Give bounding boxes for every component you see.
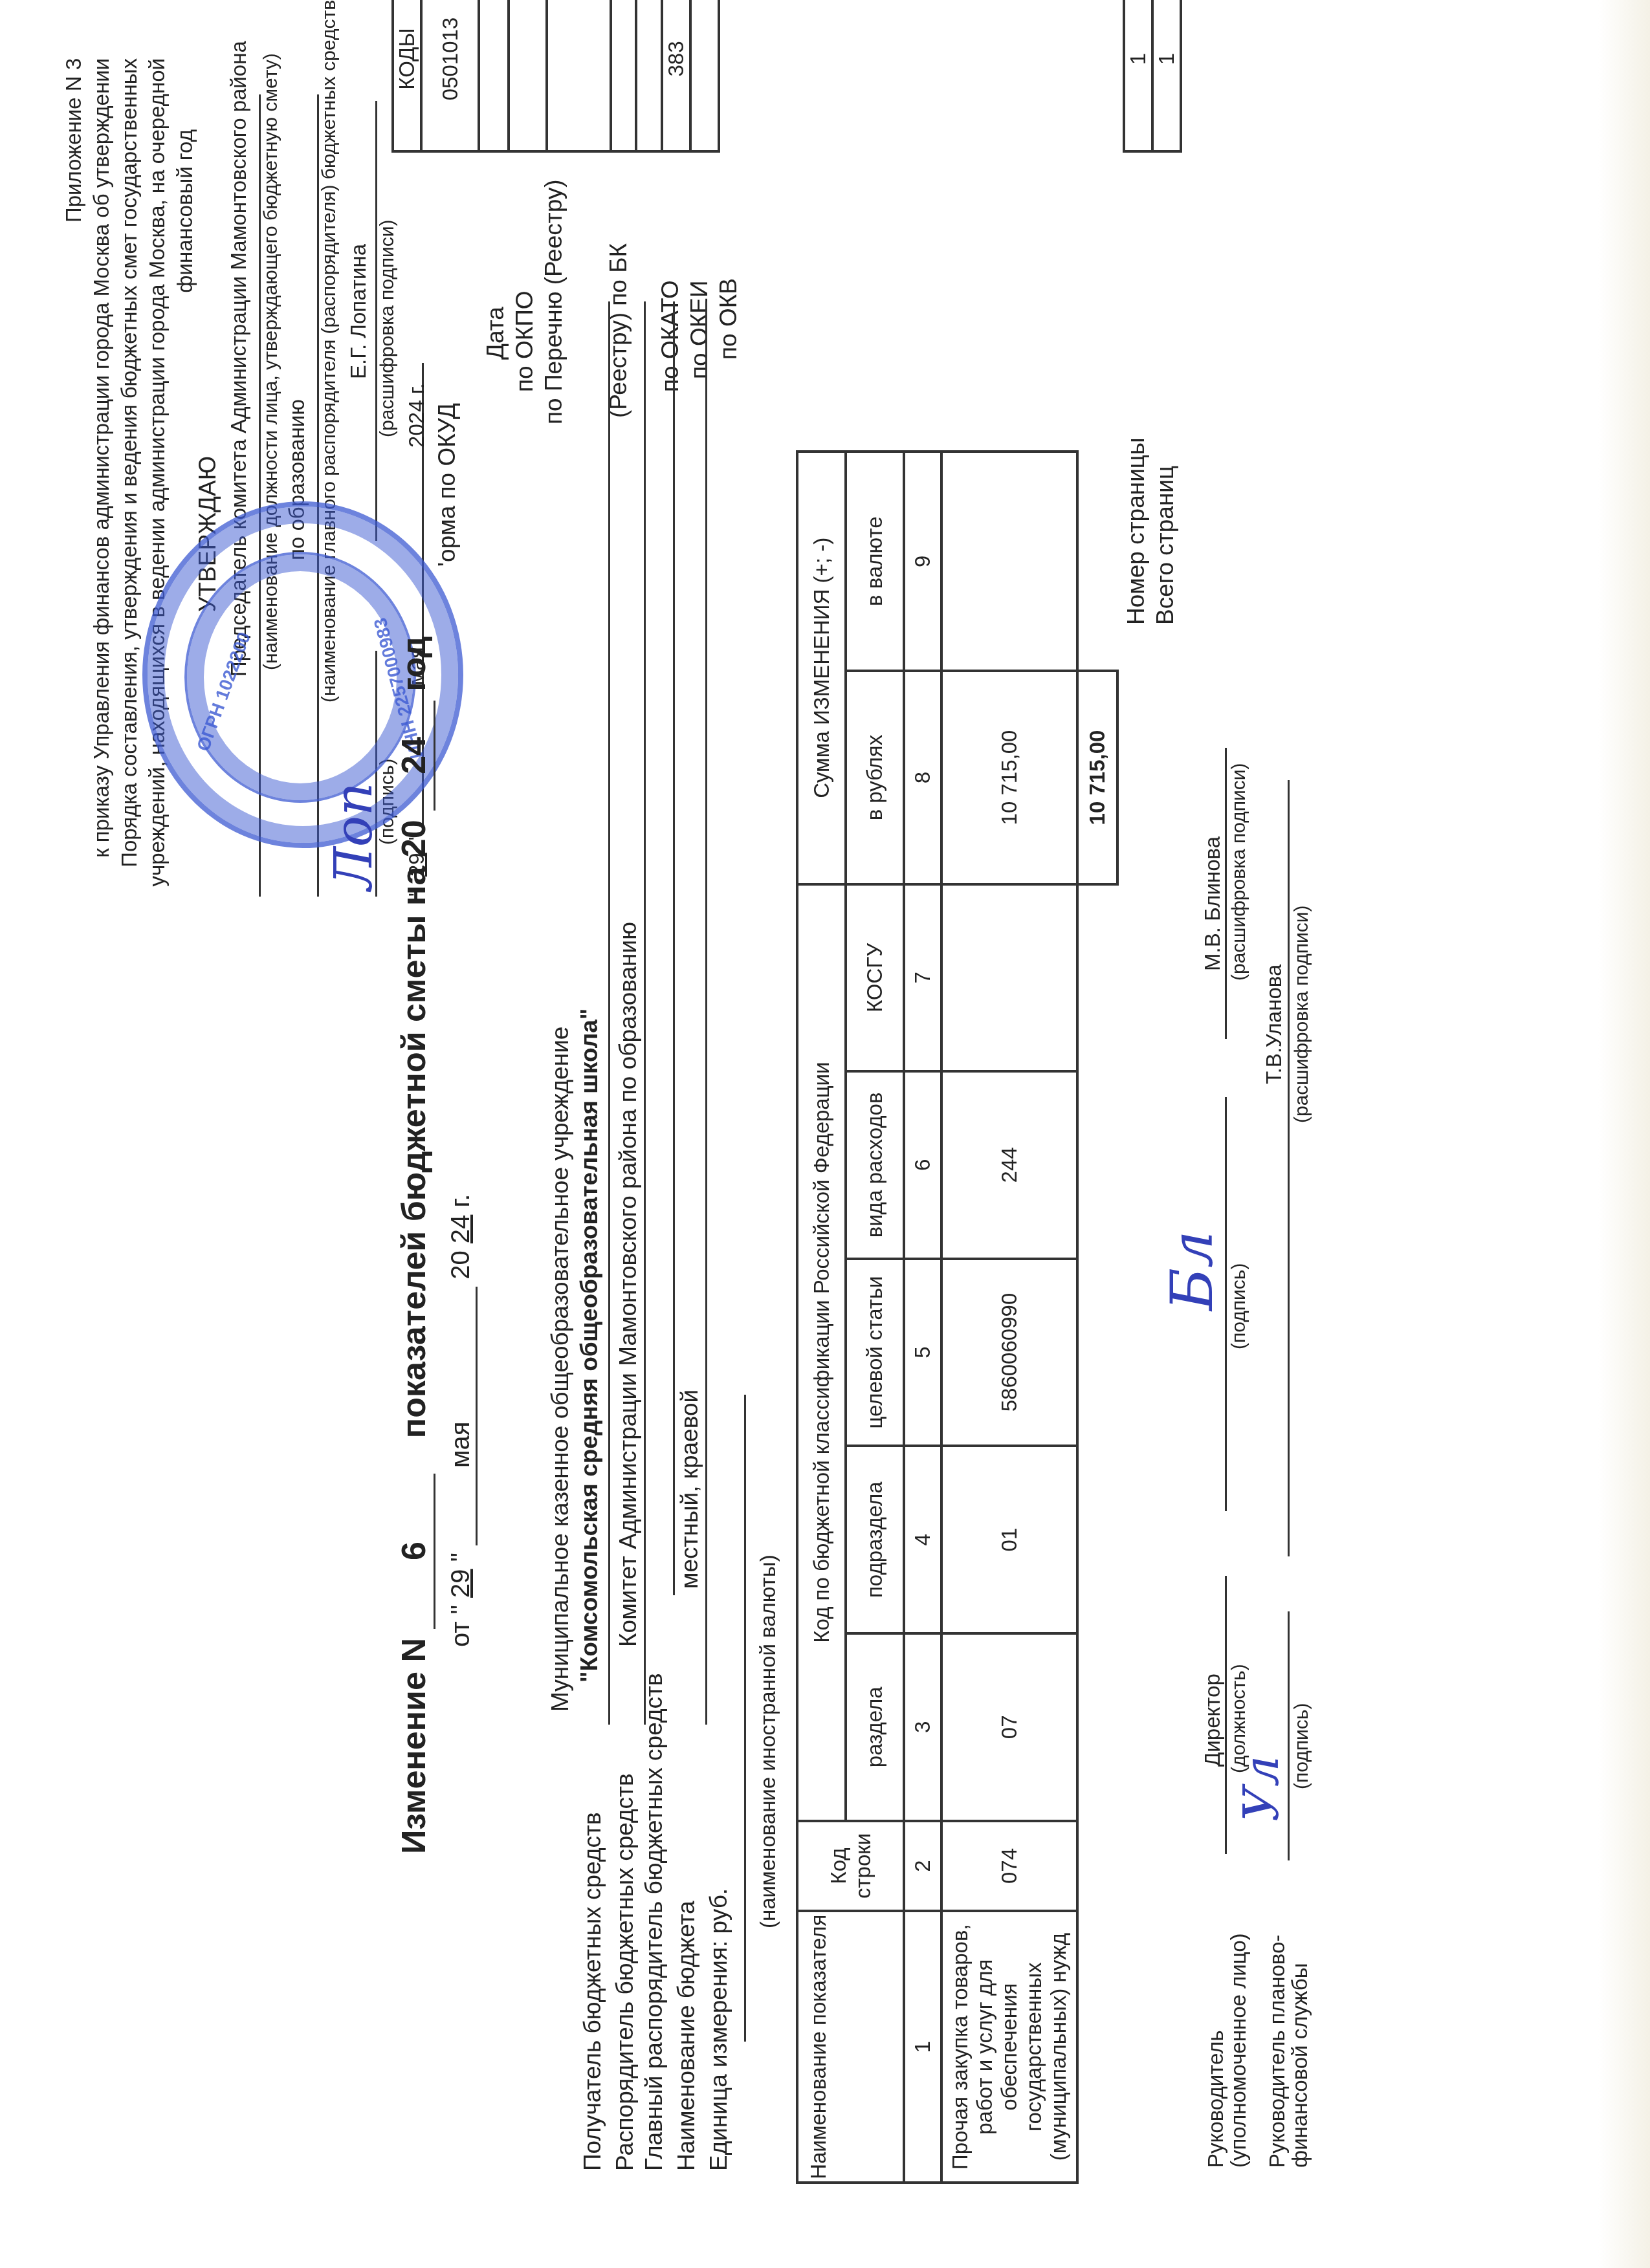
fin-signature-scribble: Ул <box>1233 1756 1290 1822</box>
scan-edge <box>1598 0 1650 2268</box>
page-number-value: 1 <box>1124 0 1152 151</box>
table-row: Прочая закупка товаров, работ и услуг дл… <box>941 452 1077 2183</box>
total-row: 10 715,00 <box>1077 452 1117 2183</box>
codes-value-okv <box>690 0 719 151</box>
budget-change-table: Наименование показателя Код строки Код п… <box>796 450 1119 2184</box>
total-pages-label: Всего страниц <box>1152 466 1179 625</box>
codes-table: КОДЫ 0501013 383 <box>391 0 720 153</box>
appendix-line-1: Приложение N 3 <box>61 58 86 223</box>
row-rub: 10 715,00 <box>941 671 1077 884</box>
col-group-kbk: Код по бюджетной классификации Российско… <box>797 884 846 1821</box>
distributor-label: Распорядитель бюджетных средств <box>611 1773 639 2171</box>
codes-label-date: Дата <box>482 307 509 360</box>
col-header-expense-type: вида расходов <box>846 1071 904 1259</box>
column-number-row: 1 2 3 4 5 6 7 8 9 <box>904 452 941 2183</box>
currency-caption: (наименование иностранной валюты) <box>756 1554 780 1928</box>
unit-label: Единица измерения: руб. <box>705 1888 732 2171</box>
col-header-rub: в рублях <box>846 671 904 884</box>
recipient-value-1: Муниципальное казенное общеобразовательн… <box>547 1027 574 1712</box>
document-date-year: 24 <box>446 1215 475 1244</box>
codes-label-okud: 'орма по ОКУД <box>434 403 461 567</box>
row-target: 5860060990 <box>941 1259 1077 1446</box>
head-label-2: (уполномоченное лицо) <box>1226 1933 1251 2168</box>
budget-change-document: Приложение N 3 к приказу Управления фина… <box>0 0 1650 2268</box>
recipient-label: Получатель бюджетных средств <box>579 1812 606 2171</box>
title-middle: показателей бюджетной сметы на 20 <box>395 820 433 1438</box>
codes-label-perechen: по Перечню (Реестру) <box>540 179 567 424</box>
head-signature-scribble: Бл <box>1158 1231 1226 1311</box>
appendix-line-5: финансовый год <box>173 129 197 293</box>
page-number-label: Номер страницы <box>1123 437 1150 625</box>
document-date-day: 29 <box>446 1569 475 1598</box>
row-kosgu <box>941 884 1077 1071</box>
appendix-line-2: к приказу Управления финансов администра… <box>89 58 114 858</box>
approval-date-year: 2024 г. <box>404 383 428 448</box>
codes-header: КОДЫ <box>393 0 421 151</box>
head-name: М.В. Блинова <box>1200 836 1225 971</box>
row-subsection: 01 <box>941 1446 1077 1633</box>
col-header-subsection: подраздела <box>846 1446 904 1633</box>
head-position: Директор <box>1200 1674 1225 1767</box>
main-distributor-label: Главный распорядитель бюджетных средств <box>641 1673 668 2171</box>
codes-label-okpo: по ОКПО <box>511 290 538 392</box>
head-signature-caption: (подпись) <box>1228 1263 1250 1349</box>
codes-value-bk <box>611 0 636 151</box>
col-header-kosgu: КОСГУ <box>846 884 904 1071</box>
budget-label: Наименование бюджета <box>673 1901 700 2171</box>
codes-label-okei: по ОКЕИ <box>686 281 713 380</box>
head-name-caption: (расшифровка подписи) <box>1228 763 1250 981</box>
codes-value-okato <box>636 0 662 151</box>
document-title: Изменение N 6 показателей бюджетной смет… <box>395 636 435 1854</box>
codes-value-perechen <box>547 0 611 151</box>
approval-signer-name: Е.Г. Лопатина <box>346 244 371 379</box>
document-date: от " 29 " мая 20 24 г. <box>446 1194 478 1647</box>
row-currency <box>941 452 1077 671</box>
fin-name: Т.В.Уланова <box>1262 965 1286 1084</box>
title-year: 24 <box>395 701 435 811</box>
total-rub: 10 715,00 <box>1077 671 1117 884</box>
title-prefix: Изменение N <box>395 1638 433 1854</box>
row-name: Прочая закупка товаров, работ и услуг дл… <box>941 1911 1077 2183</box>
row-section: 07 <box>941 1633 1077 1821</box>
codes-label-okato: по ОКАТО <box>657 280 684 392</box>
codes-value-date <box>479 0 509 151</box>
budget-value: местный, краевой <box>676 1390 703 1589</box>
codes-value-okpo <box>509 0 547 151</box>
row-code: 074 <box>941 1821 1077 1912</box>
fin-name-caption: (расшифровка подписи) <box>1291 905 1313 1123</box>
recipient-value-2: "Комсомольская средняя общеобразовательн… <box>576 1009 603 1683</box>
fin-label-2: финансовой службы <box>1288 1963 1312 2168</box>
row-expense-type: 244 <box>941 1071 1077 1259</box>
col-group-sum: Сумма ИЗМЕНЕНИЯ (+; -) <box>797 452 846 884</box>
title-suffix: год <box>395 636 433 691</box>
codes-value-okud: 0501013 <box>421 0 479 151</box>
pages-table: 1 1 <box>1123 0 1182 153</box>
approval-signature-scribble: Лоп <box>324 783 384 890</box>
col-header-currency: в валюте <box>846 452 904 671</box>
codes-label-okv: по ОКВ <box>715 278 742 360</box>
total-pages-value: 1 <box>1152 0 1181 151</box>
fin-signature-caption: (подпись) <box>1291 1703 1313 1789</box>
distributor-value: Комитет Администрации Мамонтовского райо… <box>615 922 642 1647</box>
codes-value-okei: 383 <box>662 0 690 151</box>
col-header-section: раздела <box>846 1633 904 1821</box>
appendix-line-3: Порядка составления, утверждения и веден… <box>117 58 142 867</box>
col-header-code: Код строки <box>797 1821 904 1912</box>
title-number: 6 <box>395 1474 435 1629</box>
col-header-name: Наименование показателя <box>797 1911 904 2183</box>
document-date-month: мая <box>446 1422 476 1468</box>
col-header-target: целевой статьи <box>846 1259 904 1446</box>
fin-label-1: Руководитель планово- <box>1265 1935 1290 2168</box>
head-label-1: Руководитель <box>1204 2030 1228 2168</box>
approval-name-caption: (расшифровка подписи) <box>377 219 399 437</box>
